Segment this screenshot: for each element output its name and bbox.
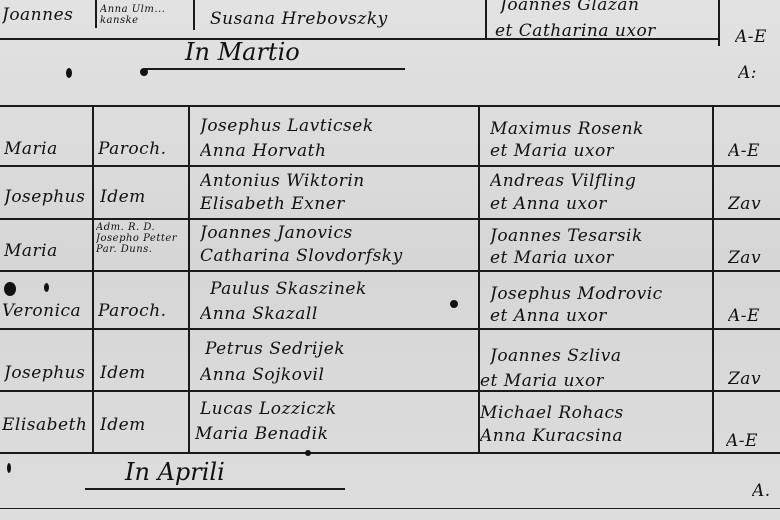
godmother: et Maria uxor — [490, 140, 614, 162]
place: Zav — [728, 193, 761, 215]
child-name: Maria — [4, 138, 58, 160]
child-name: Elisabeth — [2, 414, 87, 436]
section-march-heading: In Martio — [145, 38, 405, 70]
father: Joannes Janovics — [200, 222, 353, 244]
place: A-E — [726, 430, 758, 452]
ink-blot — [140, 68, 148, 76]
status: Paroch. — [98, 138, 167, 160]
status: Idem — [100, 414, 146, 436]
child-name: Josephus — [4, 362, 85, 384]
godmother: et Maria uxor — [490, 247, 614, 269]
mother: Anna Horvath — [200, 140, 326, 162]
godfather: Joannes Szliva — [490, 345, 622, 367]
godfather: Josephus Modrovic — [490, 283, 663, 305]
ink-blot — [66, 68, 72, 78]
ink-blot — [4, 282, 16, 296]
top-place: A-E — [735, 26, 767, 48]
father: Petrus Sedrijek — [205, 338, 345, 360]
register-page: Joannes Anna Ulm... kanske Susana Hrebov… — [0, 0, 780, 520]
status: Adm. R. D. Josepho Petter Par. Duns. — [96, 222, 186, 255]
margin-note: A: — [738, 62, 757, 84]
ink-blot — [450, 300, 458, 308]
father: Josephus Lavticsek — [200, 115, 374, 137]
ink-blot — [44, 283, 49, 292]
mother: Catharina Slovdorfsky — [200, 245, 403, 267]
section-april-heading: In Aprili — [85, 458, 345, 490]
godmother: et Anna uxor — [490, 305, 607, 327]
top-status: Anna Ulm... kanske — [100, 4, 190, 26]
father: Antonius Wiktorin — [200, 170, 365, 192]
child-name: Veronica — [2, 300, 81, 322]
mother: Anna Sojkovil — [200, 364, 324, 386]
place: Zav — [728, 247, 761, 269]
godmother: et Anna uxor — [490, 193, 607, 215]
ink-blot — [305, 450, 311, 456]
mother: Elisabeth Exner — [200, 193, 345, 215]
father: Lucas Lozziczk — [200, 398, 337, 420]
bottom-margin-note: A. — [752, 480, 771, 502]
ink-blot — [7, 463, 11, 473]
mother: Anna Skazall — [200, 303, 318, 325]
place: Zav — [728, 368, 761, 390]
place: A-E — [728, 140, 760, 162]
godmother: et Maria uxor — [480, 370, 604, 392]
top-godparents-1: Joannes Glazan — [500, 0, 639, 16]
mother: Maria Benadik — [195, 423, 328, 445]
status: Idem — [100, 186, 146, 208]
child-name: Maria — [4, 240, 58, 262]
place: A-E — [728, 305, 760, 327]
godfather: Michael Rohacs — [480, 402, 624, 424]
child-name: Josephus — [4, 186, 85, 208]
top-parents: Susana Hrebovszky — [210, 8, 388, 30]
status: Paroch. — [98, 300, 167, 322]
status: Idem — [100, 362, 146, 384]
godfather: Andreas Vilfling — [490, 170, 636, 192]
father: Paulus Skaszinek — [210, 278, 367, 300]
godfather: Joannes Tesarsik — [490, 225, 643, 247]
godfather: Maximus Rosenk — [490, 118, 644, 140]
top-child-name: Joannes — [2, 4, 73, 26]
godmother: Anna Kuracsina — [480, 425, 623, 447]
